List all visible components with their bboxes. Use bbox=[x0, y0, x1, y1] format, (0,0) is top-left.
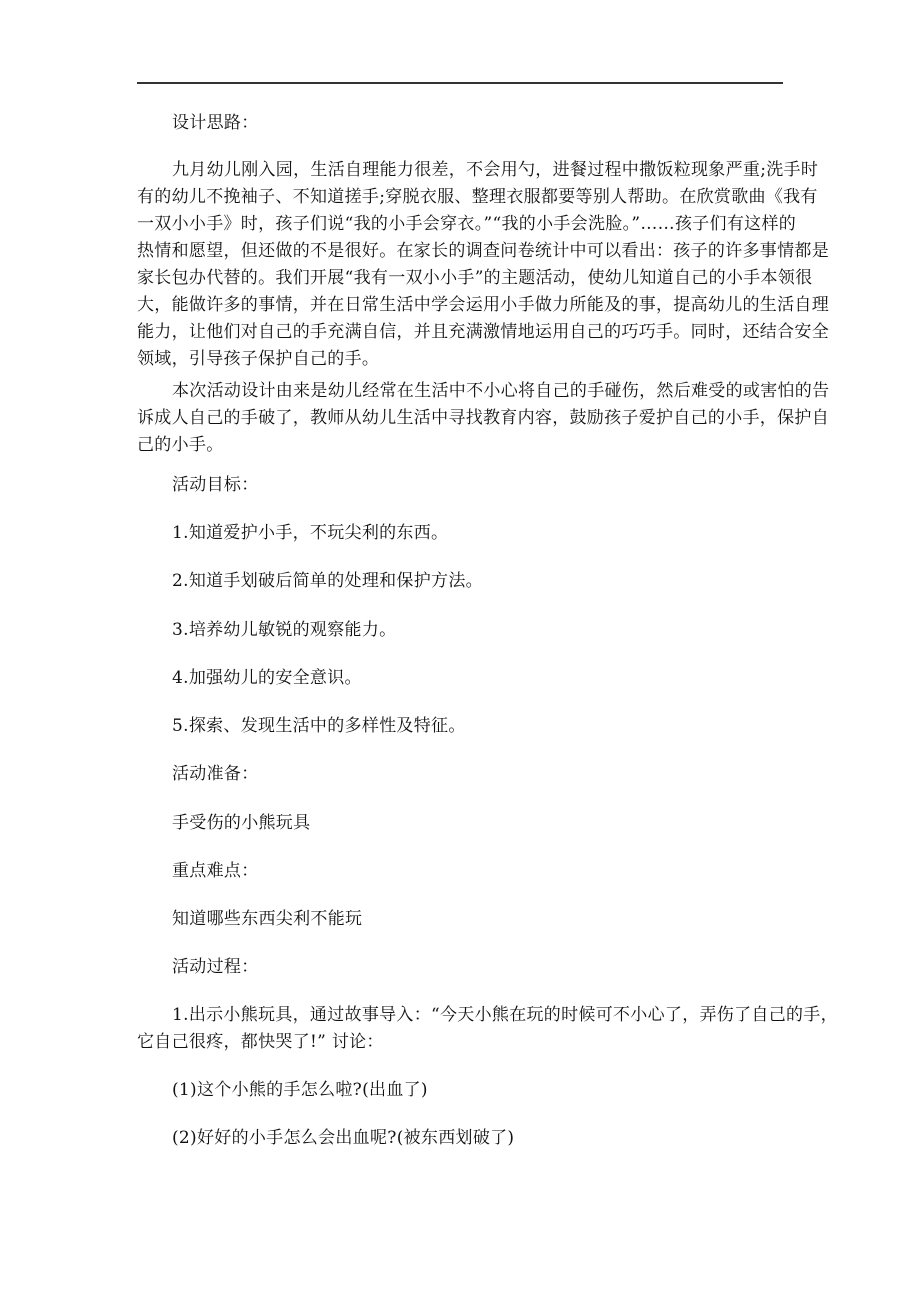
heading-activity-preparation: 活动准备： bbox=[137, 761, 822, 788]
preparation-item: 手受伤的小熊玩具 bbox=[137, 810, 822, 837]
paragraph-design-origin: 本次活动设计由来是幼儿经常在生活中不小心将自己的手碰伤，然后难受的或害怕的告 诉… bbox=[137, 378, 787, 459]
goal-item-5: 5.探索、发现生活中的多样性及特征。 bbox=[137, 713, 822, 740]
goal-item-4: 4.加强幼儿的安全意识。 bbox=[137, 665, 822, 692]
header-rule bbox=[137, 82, 783, 84]
heading-design-idea: 设计思路： bbox=[137, 110, 822, 137]
goal-item-3: 3.培养幼儿敏锐的观察能力。 bbox=[137, 617, 822, 644]
process-question-1: (1)这个小熊的手怎么啦?(出血了) bbox=[137, 1077, 822, 1104]
process-step-1: 1.出示小熊玩具，通过故事导入：“今天小熊在玩的时候可不小心了，弄伤了自己的手，… bbox=[137, 1002, 787, 1056]
heading-activity-process: 活动过程： bbox=[137, 954, 822, 981]
process-question-2: (2)好好的小手怎么会出血呢?(被东西划破了) bbox=[137, 1125, 822, 1152]
goal-item-1: 1.知道爱护小手，不玩尖利的东西。 bbox=[137, 520, 822, 547]
paragraph-design-background: 九月幼儿刚入园，生活自理能力很差，不会用勺，进餐过程中撒饭粒现象严重;洗手时 有… bbox=[137, 157, 787, 373]
heading-key-difficulties: 重点难点： bbox=[137, 858, 822, 885]
goal-item-2: 2.知道手划破后简单的处理和保护方法。 bbox=[137, 568, 822, 595]
heading-activity-goals: 活动目标： bbox=[137, 472, 822, 499]
key-difficulty-item: 知道哪些东西尖利不能玩 bbox=[137, 906, 822, 933]
